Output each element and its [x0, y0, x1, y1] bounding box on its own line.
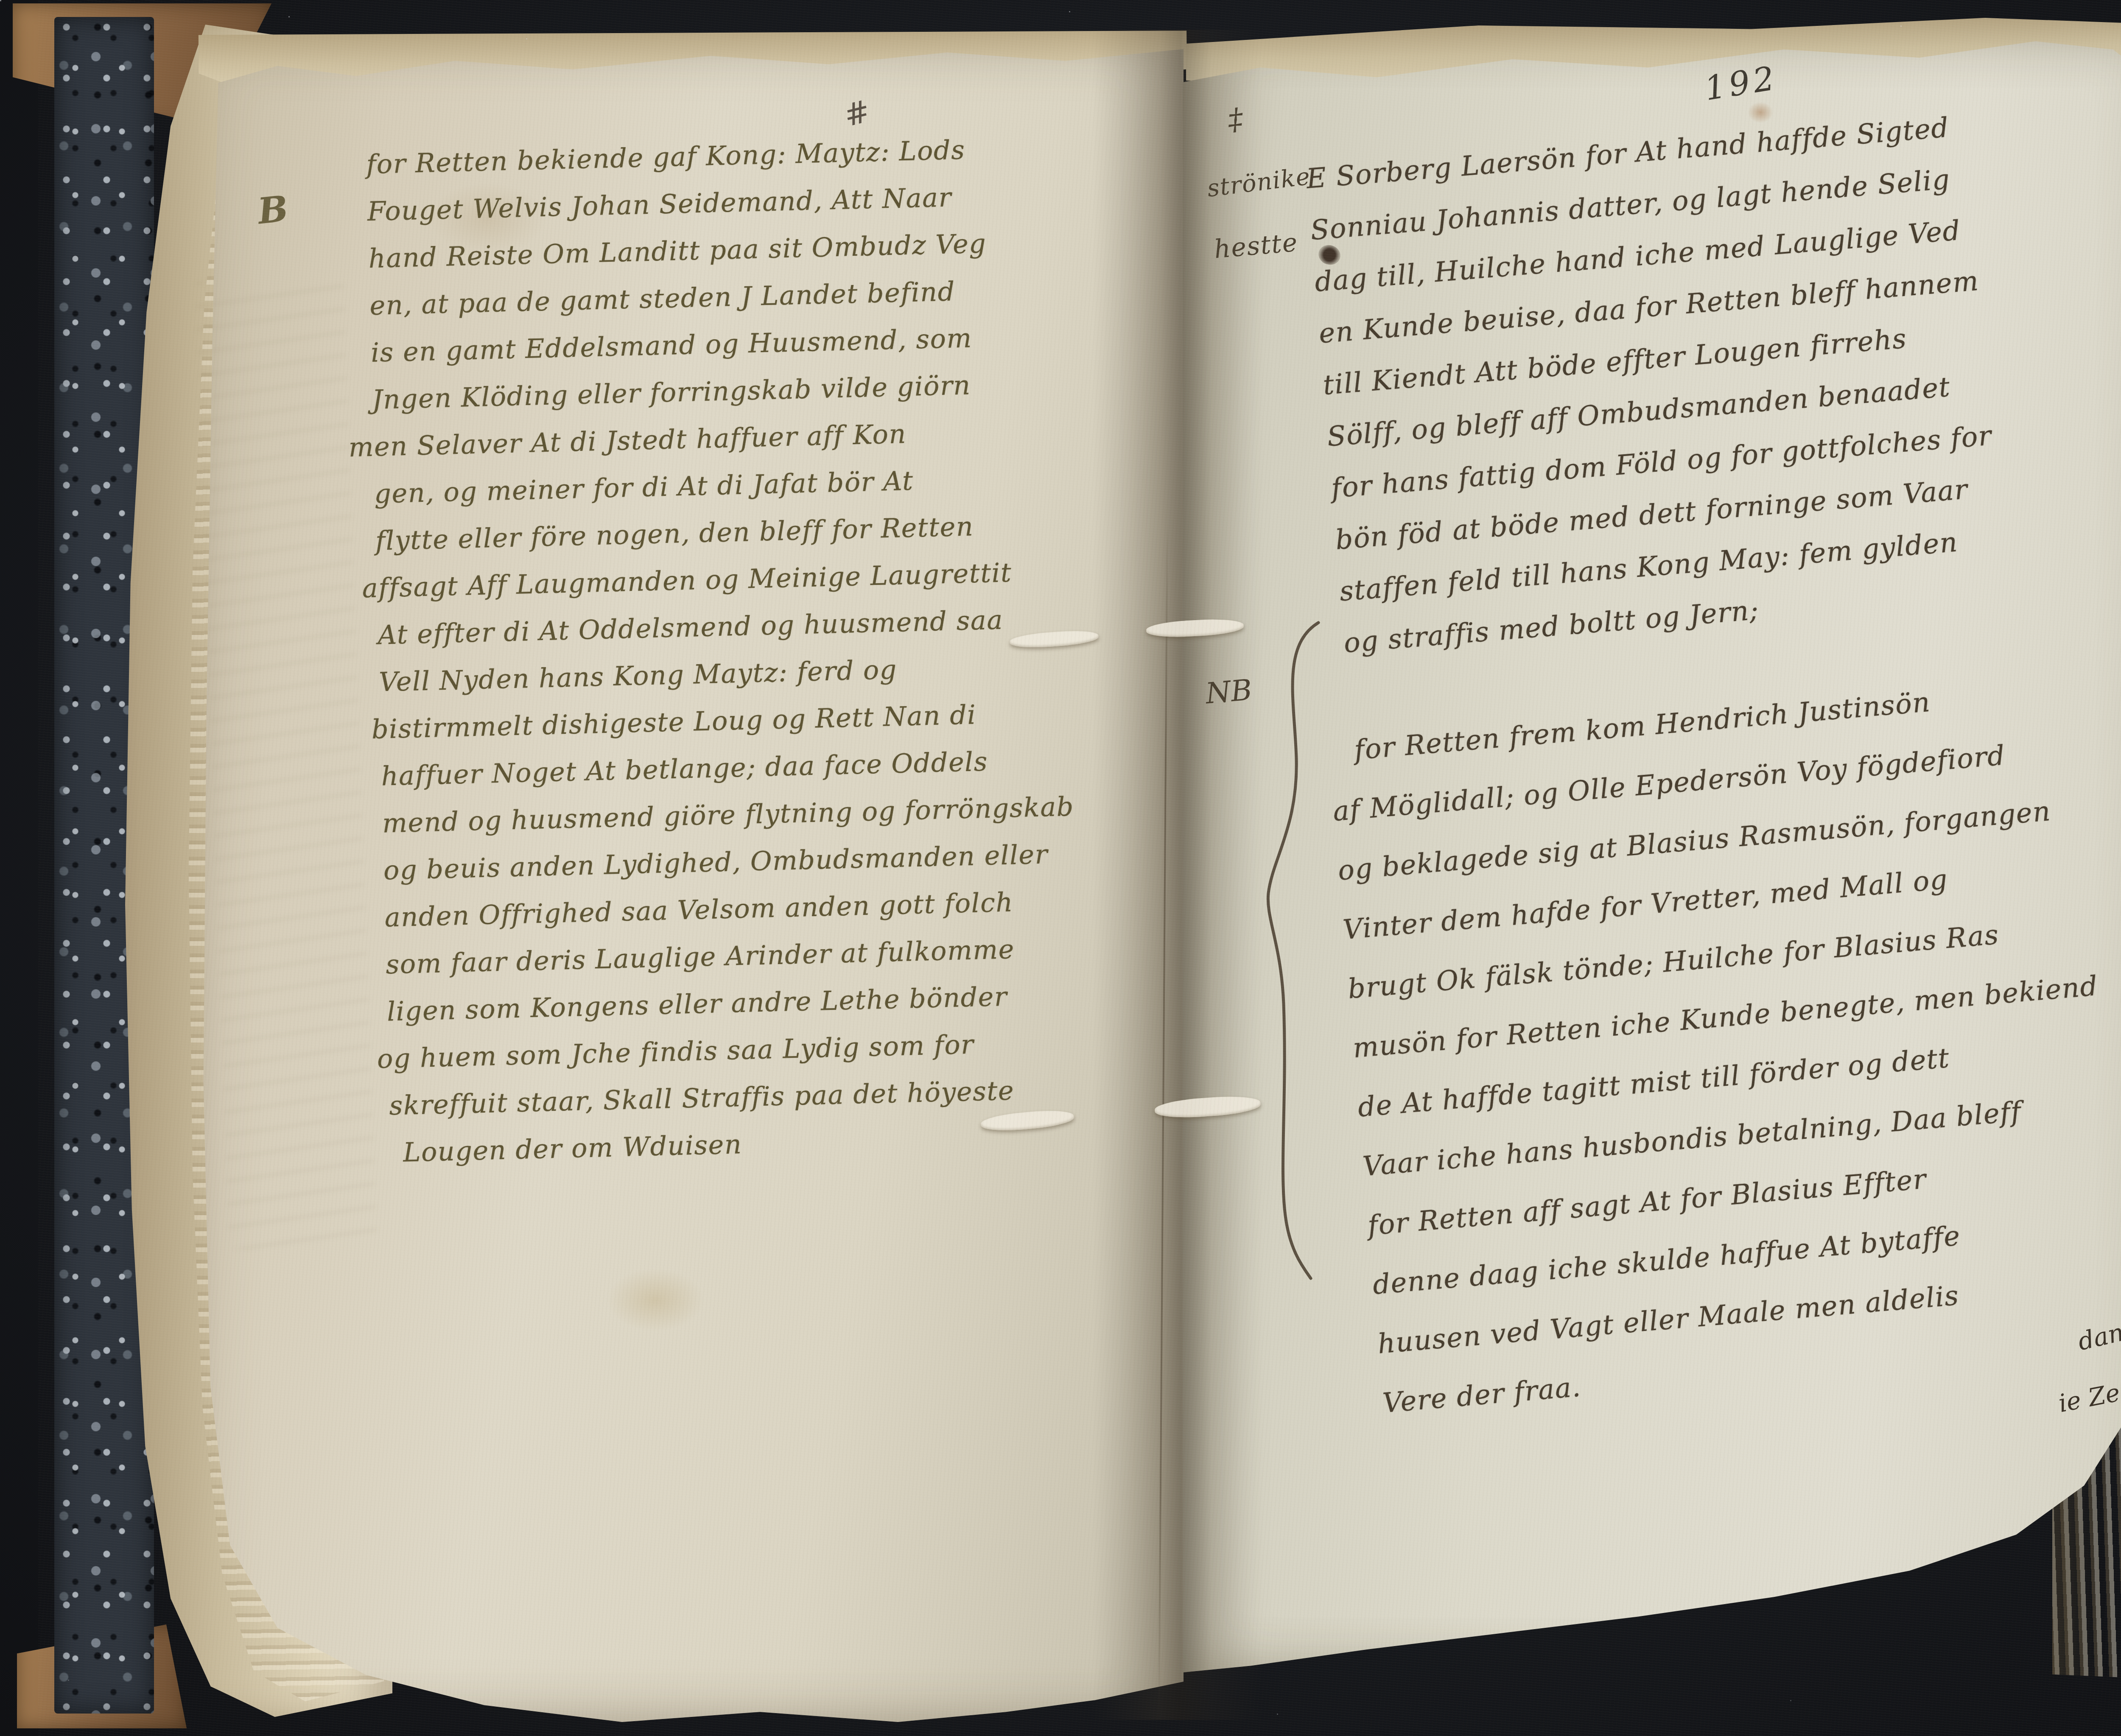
manuscript-photo: # B for Retten bekiende gaf Kong: Maytz:… — [0, 0, 2121, 1736]
left-page-text: for Retten bekiende gaf Kong: Maytz: Lod… — [366, 120, 1222, 1176]
right-page-paragraph-1: E Sorberg Laersön for At hand haffde Sig… — [1304, 88, 2121, 669]
left-page-margin-mark: B — [256, 187, 290, 232]
paper-stain — [607, 1268, 704, 1332]
dust-specks — [0, 0, 1, 1]
right-page-paragraph-2: for Retten frem kom Hendrich Justinsönaf… — [1326, 656, 2121, 1433]
paragraph-brace — [1255, 618, 1327, 1284]
nb-margin-mark: NB — [1204, 673, 1254, 710]
